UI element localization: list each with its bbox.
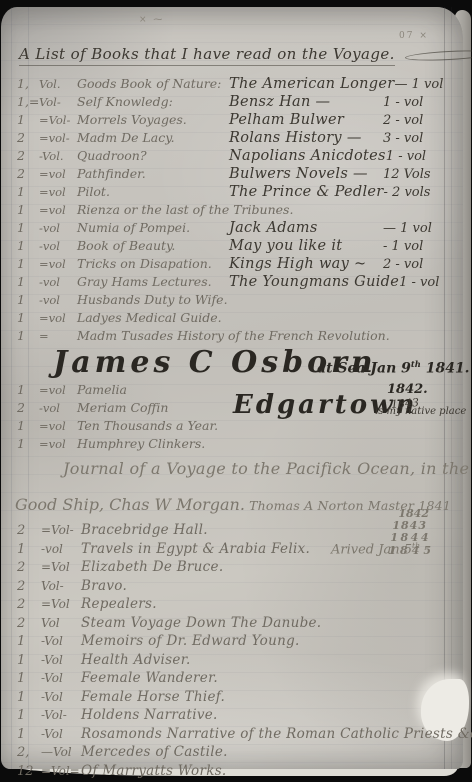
book-row: 1=Vol-Morrels Voyages.Pelham Bulwer2 - v… <box>17 111 445 129</box>
book-row: 2=volPathfinder.Bulwers Novels —12 Vols <box>17 165 445 183</box>
book-row: 2=Vol-Bracebridge Hall. <box>17 521 445 540</box>
volume-label: Vol- <box>41 577 81 596</box>
volume-label: -Vol. <box>39 147 77 165</box>
volume-note: 1 - vol <box>386 148 448 166</box>
book-title-left: Repealers. <box>81 595 157 614</box>
book-row: 2VolSteam Voyage Down The Danube. <box>17 614 445 633</box>
volume-count: 2 <box>17 559 41 578</box>
volume-count: 1 <box>17 435 39 453</box>
volume-label: =vol <box>39 201 77 219</box>
book-title-right: Rolans History — <box>229 129 383 147</box>
volume-count: 1 <box>17 633 41 652</box>
right-margin-line <box>451 7 452 769</box>
journal-title: Journal of a Voyage to the Pacifick Ocea… <box>63 459 469 478</box>
book-list-first: 1,Vol.Goods Book of Nature:The American … <box>17 75 445 345</box>
volume-count: 2 <box>17 399 39 417</box>
book-list-journal: 2=Vol-Bracebridge Hall. 1-volTravels in … <box>17 521 445 780</box>
volume-note: 2 - vol <box>383 112 445 130</box>
book-title-left: Tricks on Disapation. <box>77 255 229 273</box>
volume-label: =vol- <box>39 129 77 147</box>
book-title-left: Feemale Wanderer. <box>81 669 218 688</box>
book-row: 1=volLadyes Medical Guide. <box>17 309 445 327</box>
volume-label: Vol- <box>39 93 77 111</box>
volume-label: -Vol <box>41 688 81 707</box>
signature-date: at Sea Jan 9th 1841. <box>317 359 470 377</box>
book-title-left: Pathfinder. <box>77 165 229 183</box>
pencil-mark: 07 × <box>399 31 429 41</box>
book-title-left: Rosamonds Narrative of the Roman Catholi… <box>81 725 472 744</box>
volume-label: =vol <box>39 417 77 435</box>
book-title-left: Health Adviser. <box>81 651 191 670</box>
volume-label: -vol <box>39 291 77 309</box>
book-row: 1-VolFemale Horse Thief. <box>17 688 445 707</box>
volume-count: 1 <box>17 652 41 671</box>
volume-note: — 1 vol <box>383 220 445 238</box>
book-title-right: Kings High way ~ <box>229 255 383 273</box>
book-row: 2-volMeriam Coffin <box>17 399 445 417</box>
book-title-left: Pamelia <box>77 381 127 399</box>
volume-label: =vol <box>39 165 77 183</box>
volume-count: 1 <box>17 327 39 345</box>
book-row: 1=volPilot.The Prince & Pedler- 2 vols <box>17 183 445 201</box>
book-title-left: Madm Tusades History of the French Revol… <box>77 327 229 345</box>
volume-count: 1 <box>17 237 39 255</box>
scanned-page: × ⁓ 07 × A List of Books that I have rea… <box>0 0 472 782</box>
book-row: 1-volHusbands Duty to Wife. <box>17 291 445 309</box>
book-row: 1-VolFeemale Wanderer. <box>17 669 445 688</box>
volume-count: 1 <box>17 670 41 689</box>
volume-note: - 1 vol <box>383 238 445 256</box>
volume-label: -vol <box>39 219 77 237</box>
book-title-left: Bracebridge Hall. <box>81 521 208 540</box>
volume-note: 12 Vols <box>383 166 445 184</box>
book-title-left: Quadroon? <box>77 147 229 165</box>
volume-label: -vol <box>39 399 77 417</box>
book-row: 1=volPamelia <box>17 381 445 399</box>
volume-count: 1 <box>17 726 41 745</box>
volume-label: -vol <box>41 540 81 559</box>
volume-count: 2 <box>17 596 41 615</box>
book-row: 2-Vol.Quadroon?Napolians Anicdotes1 - vo… <box>17 147 445 165</box>
pencil-mark: × ⁓ <box>139 15 164 25</box>
volume-count: 1 <box>17 219 39 237</box>
volume-note: 3 - vol <box>383 130 445 148</box>
volume-note: 2 - vol <box>383 256 445 274</box>
book-row: 1-VolMemoirs of Dr. Edward Young. <box>17 632 445 651</box>
volume-note: - 2 vols <box>384 184 446 202</box>
volume-count: 1,= <box>17 93 39 111</box>
volume-count: 12 <box>17 763 41 782</box>
volume-note: — 1 vol <box>394 76 456 94</box>
volume-label: =Vol- <box>41 521 81 540</box>
volume-count: 1 <box>17 707 41 726</box>
book-title-left: Madm De Lacy. <box>77 129 229 147</box>
page-heading-text: A List of Books that I have read on the … <box>19 45 395 66</box>
margin-line <box>11 7 12 769</box>
volume-count: 2 <box>17 615 41 634</box>
book-row: 1-volTravels in Egypt & Arabia Felix. <box>17 540 445 559</box>
volume-label: -Vol- <box>41 706 81 725</box>
volume-label: =vol <box>39 255 77 273</box>
volume-count: 1 <box>17 541 41 560</box>
volume-label: -Vol <box>41 651 81 670</box>
volume-label: =vol <box>39 435 77 453</box>
volume-label: =Vol- <box>39 111 77 129</box>
book-title-left: Book of Beauty. <box>77 237 229 255</box>
book-row: 2Vol-Bravo. <box>17 577 445 596</box>
volume-count: 1 <box>17 417 39 435</box>
book-row: 1-volGray Hams Lectures.The Youngmans Gu… <box>17 273 445 291</box>
book-title-left: Holdens Narrative. <box>81 706 218 725</box>
book-row: 1=volRienza or the last of the Tribunes. <box>17 201 445 219</box>
book-title-left: Mercedes of Castile. <box>81 743 228 762</box>
book-title-left: Of Marryatts Works. <box>81 762 227 781</box>
book-row: 2=VolElizabeth De Bruce. <box>17 558 445 577</box>
volume-label: -Vol <box>41 632 81 651</box>
book-row: 1=volTricks on Disapation.Kings High way… <box>17 255 445 273</box>
volume-count: 2 <box>17 578 41 597</box>
book-title-right: Bulwers Novels — <box>229 165 383 183</box>
pen-flourish <box>405 48 472 62</box>
volume-count: 1 <box>17 201 39 219</box>
volume-label: =vol <box>39 309 77 327</box>
volume-count: 1 <box>17 255 39 273</box>
book-row: 1-VolRosamonds Narrative of the Roman Ca… <box>17 725 445 744</box>
book-title-left: Morrels Voyages. <box>77 111 229 129</box>
volume-count: 2 <box>17 147 39 165</box>
book-title-left: Bravo. <box>81 577 127 596</box>
volume-count: 1 <box>17 381 39 399</box>
book-row: 1-Vol-Holdens Narrative. <box>17 706 445 725</box>
volume-label: =vol <box>39 183 77 201</box>
book-title-right: Pelham Bulwer <box>229 111 383 129</box>
volume-label: Vol. <box>39 75 77 93</box>
manuscript-paper: × ⁓ 07 × A List of Books that I have rea… <box>1 7 463 769</box>
volume-count: 2, <box>17 744 41 763</box>
book-title-left: Numia of Pompei. <box>77 219 229 237</box>
volume-count: 1 <box>17 111 39 129</box>
volume-count: 1, <box>17 75 39 93</box>
book-title-left: Female Horse Thief. <box>81 688 225 707</box>
book-title-right: The Youngmans Guide <box>229 273 399 291</box>
book-title-left: Elizabeth De Bruce. <box>81 558 223 577</box>
book-title-left: Steam Voyage Down The Danube. <box>81 614 321 633</box>
book-title-left: Rienza or the last of the Tribunes. <box>77 201 229 219</box>
book-row: 2,—VolMercedes of Castile. <box>17 743 445 762</box>
book-title-right: May you like it <box>229 237 383 255</box>
book-title-right: The American Longer <box>229 75 394 93</box>
book-title-right: The Prince & Pedler <box>229 183 384 201</box>
volume-count: 2 <box>17 129 39 147</box>
journal-ship-line: Good Ship, Chas W Morgan. Thomas A Norto… <box>15 495 451 514</box>
book-title-left: Ten Thousands a Year. <box>77 417 218 435</box>
volume-label: =Vol <box>41 595 81 614</box>
book-title-right: Napolians Anicdotes <box>229 147 386 165</box>
book-row: 1-volNumia of Pompei.Jack Adams— 1 vol <box>17 219 445 237</box>
volume-note: 1 - vol <box>383 94 445 112</box>
volume-label: -vol <box>39 237 77 255</box>
volume-label: -Vol <box>41 725 81 744</box>
book-row: 1-VolHealth Adviser. <box>17 651 445 670</box>
book-row: 1=volHumphrey Clinkers. <box>17 435 445 453</box>
book-title-left: Travels in Egypt & Arabia Felix. <box>81 540 310 559</box>
book-title-left: Meriam Coffin <box>77 399 168 417</box>
book-title-left: Husbands Duty to Wife. <box>77 291 229 309</box>
volume-count: 1 <box>17 689 41 708</box>
book-title-left: Self Knowledg: <box>77 93 229 111</box>
book-row: 2=vol-Madm De Lacy.Rolans History —3 - v… <box>17 129 445 147</box>
book-row: 12=Vol=Of Marryatts Works. <box>17 762 445 781</box>
volume-label: Vol <box>41 614 81 633</box>
volume-label: -vol <box>39 273 77 291</box>
volume-label: =vol <box>39 381 77 399</box>
book-title-left: Memoirs of Dr. Edward Young. <box>81 632 300 651</box>
book-title-right: Jack Adams <box>229 219 383 237</box>
volume-count: 1 <box>17 309 39 327</box>
book-title-right: Bensz Han — <box>229 93 383 111</box>
volume-count: 2 <box>17 165 39 183</box>
volume-count: 1 <box>17 183 39 201</box>
volume-label: —Vol <box>41 743 81 762</box>
book-title-left: Gray Hams Lectures. <box>77 273 229 291</box>
book-row: 2=VolRepealers. <box>17 595 445 614</box>
page-heading: A List of Books that I have read on the … <box>19 45 472 63</box>
book-row: 1,=Vol-Self Knowledg:Bensz Han —1 - vol <box>17 93 445 111</box>
volume-label: =Vol <box>41 558 81 577</box>
volume-label: =Vol= <box>41 762 81 781</box>
book-list-mid: 1=volPamelia 2-volMeriam Coffin 1=volTen… <box>17 381 445 453</box>
volume-note: 1 - vol <box>399 274 461 292</box>
book-row: 1,Vol.Goods Book of Nature:The American … <box>17 75 445 93</box>
volume-count: 1 <box>17 291 39 309</box>
book-title-left: Pilot. <box>77 183 229 201</box>
book-title-left: Ladyes Medical Guide. <box>77 309 229 327</box>
book-title-left: Goods Book of Nature: <box>77 75 229 93</box>
book-row: 1-volBook of Beauty.May you like it- 1 v… <box>17 237 445 255</box>
book-row: 1=Madm Tusades History of the French Rev… <box>17 327 445 345</box>
book-row: 1=volTen Thousands a Year. <box>17 417 445 435</box>
volume-count: 1 <box>17 273 39 291</box>
volume-count: 2 <box>17 522 41 541</box>
volume-label: = <box>39 327 77 345</box>
book-title-left: Humphrey Clinkers. <box>77 435 205 453</box>
volume-label: -Vol <box>41 669 81 688</box>
